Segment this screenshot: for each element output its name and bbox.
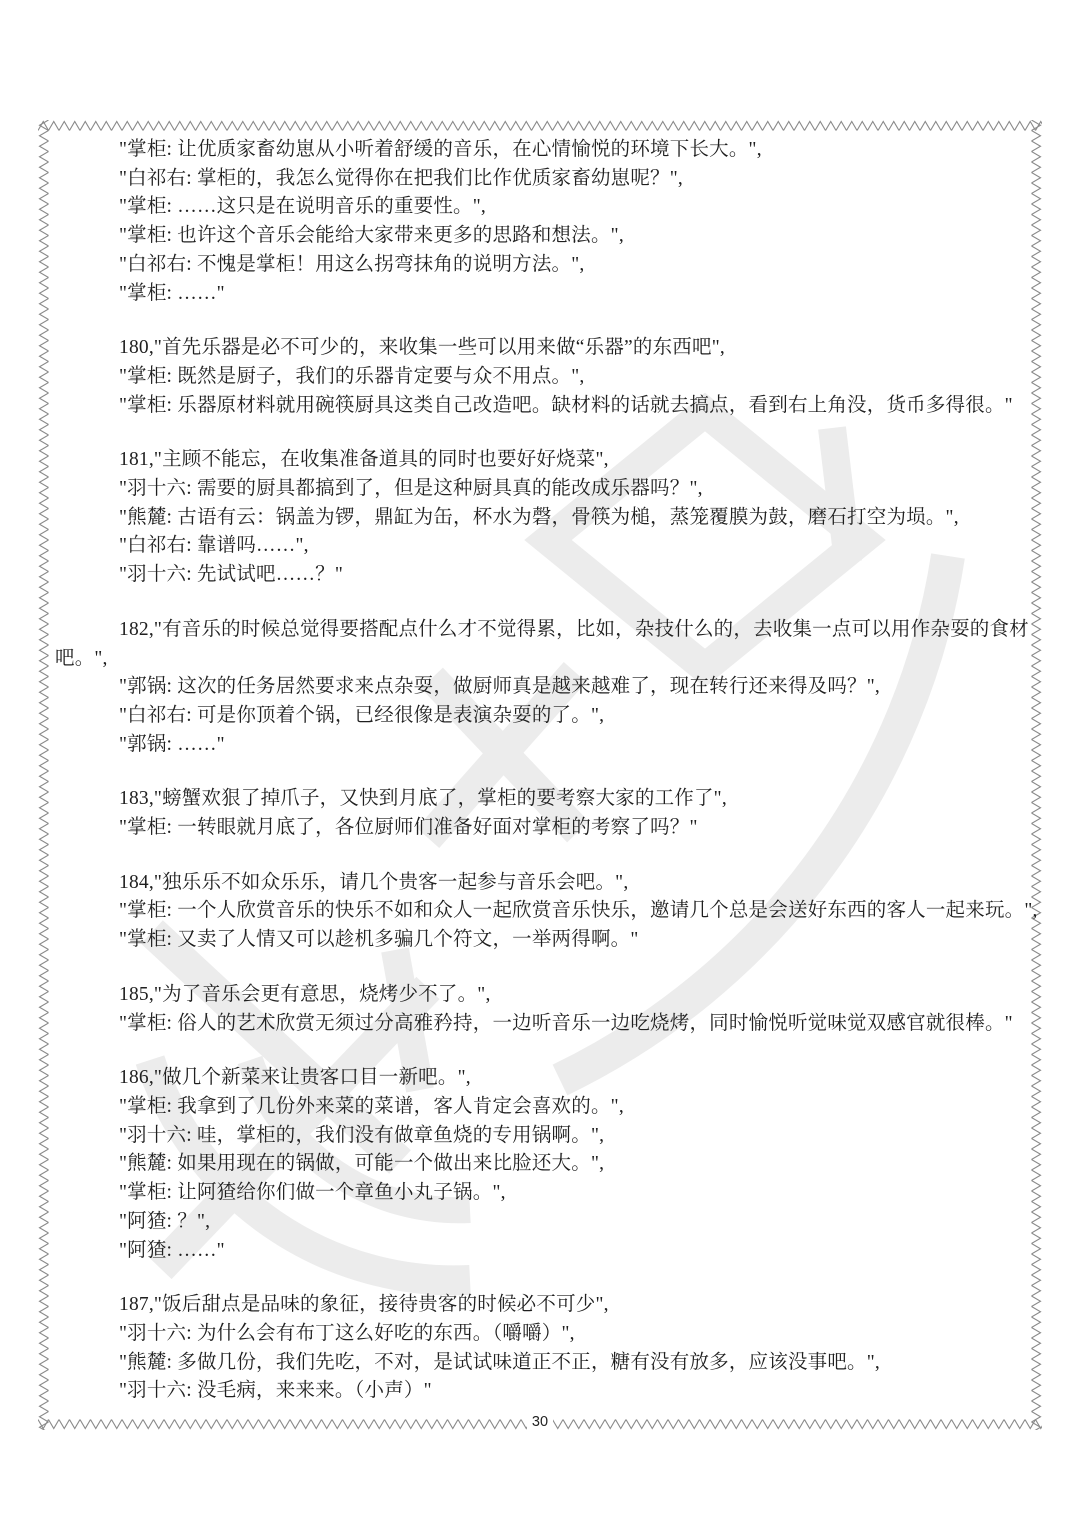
page-number: 30 [527, 1414, 553, 1430]
csv-line: "羽十六: 先试试吧……？" [55, 561, 1045, 590]
csv-line: 184,"独乐乐不如众乐乐，请几个贵客一起参与音乐会吧。", [55, 869, 1045, 898]
csv-line: "掌柜: 又卖了人情又可以趁机多骗几个符文，一举两得啊。" [55, 926, 1045, 955]
csv-line: 183,"螃蟹欢狠了掉爪子，又快到月底了，掌柜的要考察大家的工作了", [55, 785, 1045, 814]
csv-line: 185,"为了音乐会更有意思，烧烤少不了。", [55, 981, 1045, 1010]
csv-line: "掌柜: 一个人欣赏音乐的快乐不如和众人一起欣赏音乐快乐，邀请几个总是会送好东西… [55, 897, 1045, 926]
dialogue-block: 181,"主顾不能忘，在收集准备道具的同时也要好好烧菜","羽十六: 需要的厨具… [55, 446, 1045, 590]
csv-line: "掌柜: 一转眼就月底了，各位厨师们准备好面对掌柜的考察了吗？" [55, 814, 1045, 843]
border-top-zigzag [38, 120, 1042, 132]
csv-line: "阿猹: ……" [55, 1237, 1045, 1266]
csv-line: "掌柜: ……这只是在说明音乐的重要性。", [55, 193, 1045, 222]
csv-line: 181,"主顾不能忘，在收集准备道具的同时也要好好烧菜", [55, 446, 1045, 475]
csv-line: 187,"饭后甜点是品味的象征，接待贵客的时候必不可少", [55, 1291, 1045, 1320]
border-left-zigzag [38, 120, 50, 1430]
csv-line: "掌柜: 也许这个音乐会能给大家带来更多的思路和想法。", [55, 222, 1045, 251]
csv-line: 182,"有音乐的时候总觉得要搭配点什么才不觉得累，比如，杂技什么的，去收集一点… [55, 616, 1045, 673]
csv-line: "阿猹: ？", [55, 1208, 1045, 1237]
csv-line: 180,"首先乐器是必不可少的，来收集一些可以用来做“乐器”的东西吧", [55, 334, 1045, 363]
csv-line: "掌柜: 俗人的艺术欣赏无须过分高雅矜持，一边听音乐一边吃烧烤，同时愉悦听觉味觉… [55, 1010, 1045, 1039]
csv-line: "羽十六: 没毛病，来来来。（小声）" [55, 1377, 1045, 1406]
dialogue-block: 184,"独乐乐不如众乐乐，请几个贵客一起参与音乐会吧。","掌柜: 一个人欣赏… [55, 869, 1045, 955]
dialogue-block: 185,"为了音乐会更有意思，烧烤少不了。","掌柜: 俗人的艺术欣赏无须过分高… [55, 981, 1045, 1038]
csv-line: "羽十六: 哇，掌柜的，我们没有做章鱼烧的专用锅啊。", [55, 1122, 1045, 1151]
csv-line: "掌柜: 我拿到了几份外来菜的菜谱，客人肯定会喜欢的。", [55, 1093, 1045, 1122]
csv-line: "掌柜: 让优质家畜幼崽从小听着舒缓的音乐，在心情愉悦的环境下长大。", [55, 136, 1045, 165]
csv-line: "掌柜: 乐器原材料就用碗筷厨具这类自己改造吧。缺材料的话就去搞点，看到右上角没… [55, 392, 1045, 421]
dialogue-block: 187,"饭后甜点是品味的象征，接待贵客的时候必不可少","羽十六: 为什么会有… [55, 1291, 1045, 1406]
csv-line: "掌柜: ……" [55, 280, 1045, 309]
csv-line: 186,"做几个新菜来让贵客口目一新吧。", [55, 1064, 1045, 1093]
csv-text-content: "掌柜: 让优质家畜幼崽从小听着舒缓的音乐，在心情愉悦的环境下长大。","白祁右… [55, 136, 1045, 1406]
csv-line: "郭锅: ……" [55, 731, 1045, 760]
dialogue-block: 186,"做几个新菜来让贵客口目一新吧。","掌柜: 我拿到了几份外来菜的菜谱，… [55, 1064, 1045, 1265]
dialogue-block: 183,"螃蟹欢狠了掉爪子，又快到月底了，掌柜的要考察大家的工作了","掌柜: … [55, 785, 1045, 842]
csv-line: "白祁右: 靠谱吗……", [55, 532, 1045, 561]
dialogue-block: 180,"首先乐器是必不可少的，来收集一些可以用来做“乐器”的东西吧","掌柜:… [55, 334, 1045, 420]
csv-line: "羽十六: 为什么会有布丁这么好吃的东西。（嚼嚼）", [55, 1320, 1045, 1349]
page-number-row: 30 [0, 1413, 1080, 1431]
dialogue-block: "掌柜: 让优质家畜幼崽从小听着舒缓的音乐，在心情愉悦的环境下长大。","白祁右… [55, 136, 1045, 308]
csv-line: "白祁右: 可是你顶着个锅，已经很像是表演杂耍的了。", [55, 702, 1045, 731]
csv-line: "掌柜: 既然是厨子，我们的乐器肯定要与众不用点。", [55, 363, 1045, 392]
csv-line: "掌柜: 让阿猹给你们做一个章鱼小丸子锅。", [55, 1179, 1045, 1208]
dialogue-block: 182,"有音乐的时候总觉得要搭配点什么才不觉得累，比如，杂技什么的，去收集一点… [55, 616, 1045, 760]
csv-line: "熊麓: 如果用现在的锅做，可能一个做出来比脸还大。", [55, 1150, 1045, 1179]
csv-line: "郭锅: 这次的任务居然要求来点杂耍，做厨师真是越来越难了，现在转行还来得及吗？… [55, 673, 1045, 702]
csv-line: "熊麓: 多做几份，我们先吃，不对，是试试味道正不正，糖有没有放多，应该没事吧。… [55, 1349, 1045, 1378]
csv-line: "羽十六: 需要的厨具都搞到了，但是这种厨具真的能改成乐器吗？", [55, 475, 1045, 504]
csv-line: "白祁右: 不愧是掌柜！用这么拐弯抹角的说明方法。", [55, 251, 1045, 280]
document-page: "掌柜: 让优质家畜幼崽从小听着舒缓的音乐，在心情愉悦的环境下长大。","白祁右… [0, 0, 1080, 1528]
csv-line: "白祁右: 掌柜的，我怎么觉得你在把我们比作优质家畜幼崽呢？", [55, 165, 1045, 194]
csv-line: "熊麓: 古语有云：锅盖为锣，鼎缸为缶，杯水为磬，骨筷为槌，蒸笼覆膜为鼓，磨石打… [55, 504, 1045, 533]
